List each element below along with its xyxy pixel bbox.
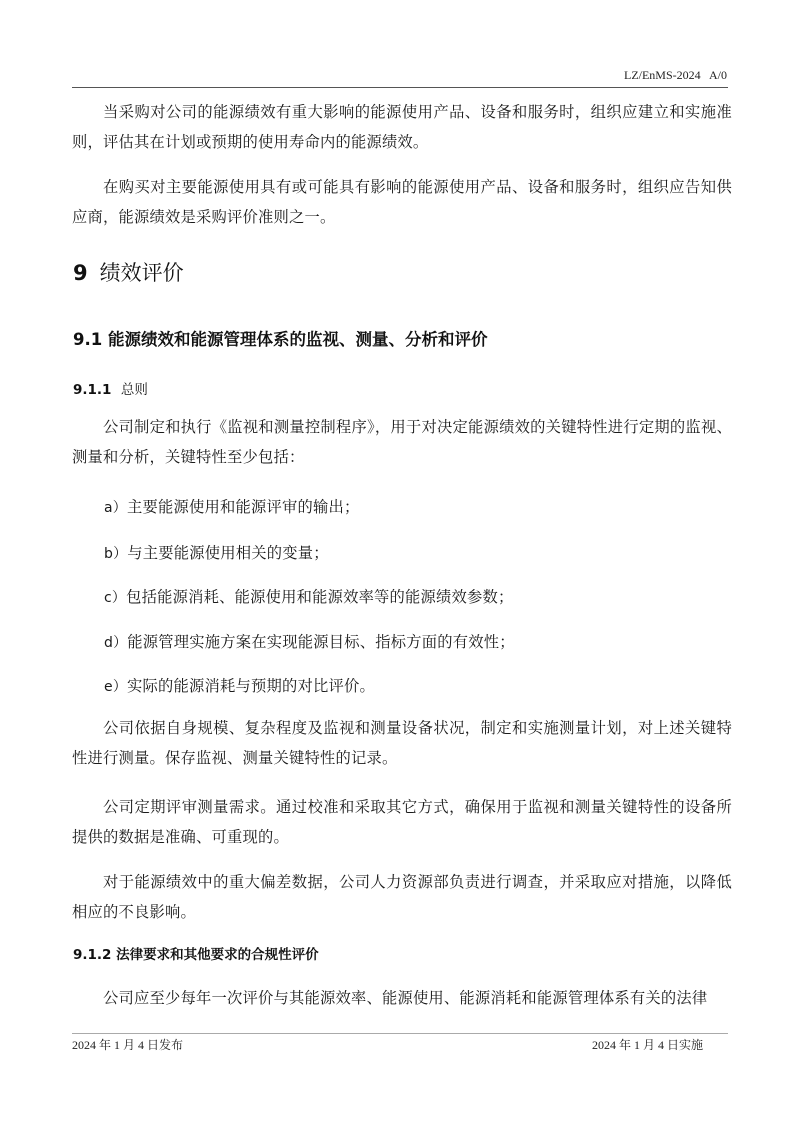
effective-date: 2024 年 1 月 4 日实施	[592, 1036, 703, 1053]
footer-divider	[72, 1033, 728, 1034]
list-item-e: e）实际的能源消耗与预期的对比评价。	[104, 671, 375, 702]
list-item-b: b）与主要能源使用相关的变量；	[104, 538, 329, 569]
general-intro-paragraph: 公司制定和执行《监视和测量控制程序》，用于对决定能源绩效的关键特性进行定期的监视…	[72, 412, 732, 472]
section-9-heading: 9绩效评价	[73, 257, 184, 287]
deviation-paragraph: 对于能源绩效中的重大偏差数据，公司人力资源部负责进行调查，并采取应对措施，以降低…	[72, 867, 732, 927]
measurement-plan-paragraph: 公司依据自身规模、复杂程度及监视和测量设备状况，制定和实施测量计划，对上述关键特…	[72, 713, 732, 773]
issue-date: 2024 年 1 月 4 日发布	[72, 1036, 183, 1053]
document-page: LZ/EnMS-2024 A/0 当采购对公司的能源绩效有重大影响的能源使用产品…	[0, 0, 800, 1130]
document-code: LZ/EnMS-2024 A/0	[624, 68, 727, 83]
intro-paragraph-2: 在购买对主要能源使用具有或可能具有影响的能源使用产品、设备和服务时，组织应告知供…	[72, 172, 732, 232]
section-9-1-1-heading: 9.1.1 总则	[73, 378, 148, 398]
header-divider	[72, 87, 728, 88]
list-item-d: d）能源管理实施方案在实现能源目标、指标方面的有效性；	[104, 627, 515, 658]
subsection-number: 9.1.1	[73, 382, 111, 398]
section-9-1-heading: 9.1 能源绩效和能源管理体系的监视、测量、分析和评价	[73, 326, 487, 350]
section-title: 绩效评价	[100, 261, 184, 285]
subsection-title: 总则	[121, 382, 148, 398]
list-item-a: a）主要能源使用和能源评审的输出；	[104, 492, 359, 523]
section-9-1-2-heading: 9.1.2 法律要求和其他要求的合规性评价	[73, 943, 319, 963]
measurement-review-paragraph: 公司定期评审测量需求。通过校准和采取其它方式，确保用于监视和测量关键特性的设备所…	[72, 792, 732, 852]
compliance-paragraph: 公司应至少每年一次评价与其能源效率、能源使用、能源消耗和能源管理体系有关的法律	[72, 983, 732, 1013]
list-item-c: c）包括能源消耗、能源使用和能源效率等的能源绩效参数；	[104, 582, 514, 613]
section-number: 9	[73, 261, 88, 285]
intro-paragraph-1: 当采购对公司的能源绩效有重大影响的能源使用产品、设备和服务时，组织应建立和实施准…	[72, 97, 732, 157]
